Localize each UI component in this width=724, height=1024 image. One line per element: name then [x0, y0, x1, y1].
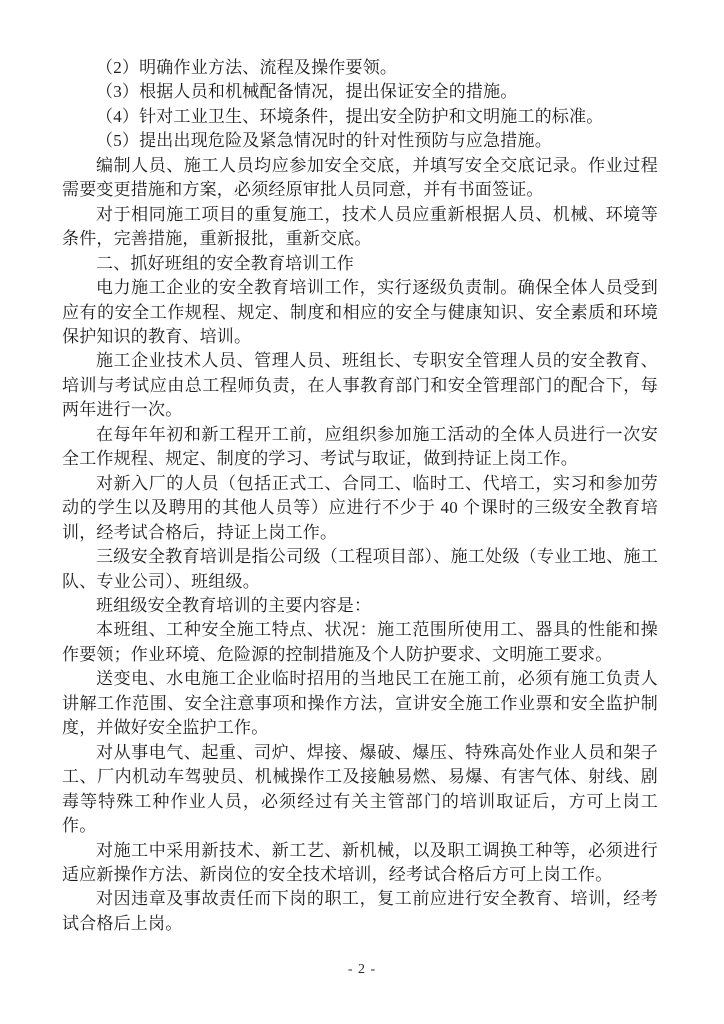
paragraph: 对施工中采用新技术、新工艺、新机械，以及职工调换工种等，必须进行适应新操作方法、…: [62, 839, 658, 888]
paragraph: 在每年年初和新工程开工前，应组织参加施工活动的全体人员进行一次安全工作规程、规定…: [62, 423, 658, 472]
paragraph: 编制人员、施工人员均应参加安全交底，并填写安全交底记录。作业过程需要变更措施和方…: [62, 154, 658, 203]
paragraph: 电力施工企业的安全教育培训工作，实行逐级负责制。确保全体人员受到应有的安全工作规…: [62, 276, 658, 349]
paragraph: 本班组、工种安全施工特点、状况：施工范围所使用工、器具的性能和操作要领；作业环境…: [62, 618, 658, 667]
document-body: （2）明确作业方法、流程及操作要领。 （3）根据人员和机械配备情况，提出保证安全…: [62, 56, 658, 936]
paragraph-list-item: （5）提出出现危险及紧急情况时的针对性预防与应急措施。: [62, 129, 658, 153]
paragraph-list-item: （4）针对工业卫生、环境条件，提出安全防护和文明施工的标准。: [62, 105, 658, 129]
paragraph: 对因违章及事故责任而下岗的职工，复工前应进行安全教育、培训，经考试合格后上岗。: [62, 887, 658, 936]
paragraph-list-item: （3）根据人员和机械配备情况，提出保证安全的措施。: [62, 80, 658, 104]
paragraph: 对新入厂的人员（包括正式工、合同工、临时工、代培工，实习和参加劳动的学生以及聘用…: [62, 472, 658, 545]
paragraph: 三级安全教育培训是指公司级（工程项目部）、施工处级（专业工地、施工队、专业公司）…: [62, 545, 658, 594]
paragraph: 对于相同施工项目的重复施工，技术人员应重新根据人员、机械、环境等条件，完善措施，…: [62, 203, 658, 252]
section-heading: 二、抓好班组的安全教育培训工作: [62, 252, 658, 276]
paragraph: 班组级安全教育培训的主要内容是：: [62, 594, 658, 618]
paragraph: 送变电、水电施工企业临时招用的当地民工在施工前，必须有施工负责人讲解工作范围、安…: [62, 667, 658, 740]
paragraph-list-item: （2）明确作业方法、流程及操作要领。: [62, 56, 658, 80]
paragraph: 施工企业技术人员、管理人员、班组长、专职安全管理人员的安全教育、培训与考试应由总…: [62, 349, 658, 422]
page-number: - 2 -: [0, 962, 724, 978]
paragraph: 对从事电气、起重、司炉、焊接、爆破、爆压、特殊高处作业人员和架子工、厂内机动车驾…: [62, 741, 658, 839]
document-page: （2）明确作业方法、流程及操作要领。 （3）根据人员和机械配备情况，提出保证安全…: [0, 0, 724, 1024]
